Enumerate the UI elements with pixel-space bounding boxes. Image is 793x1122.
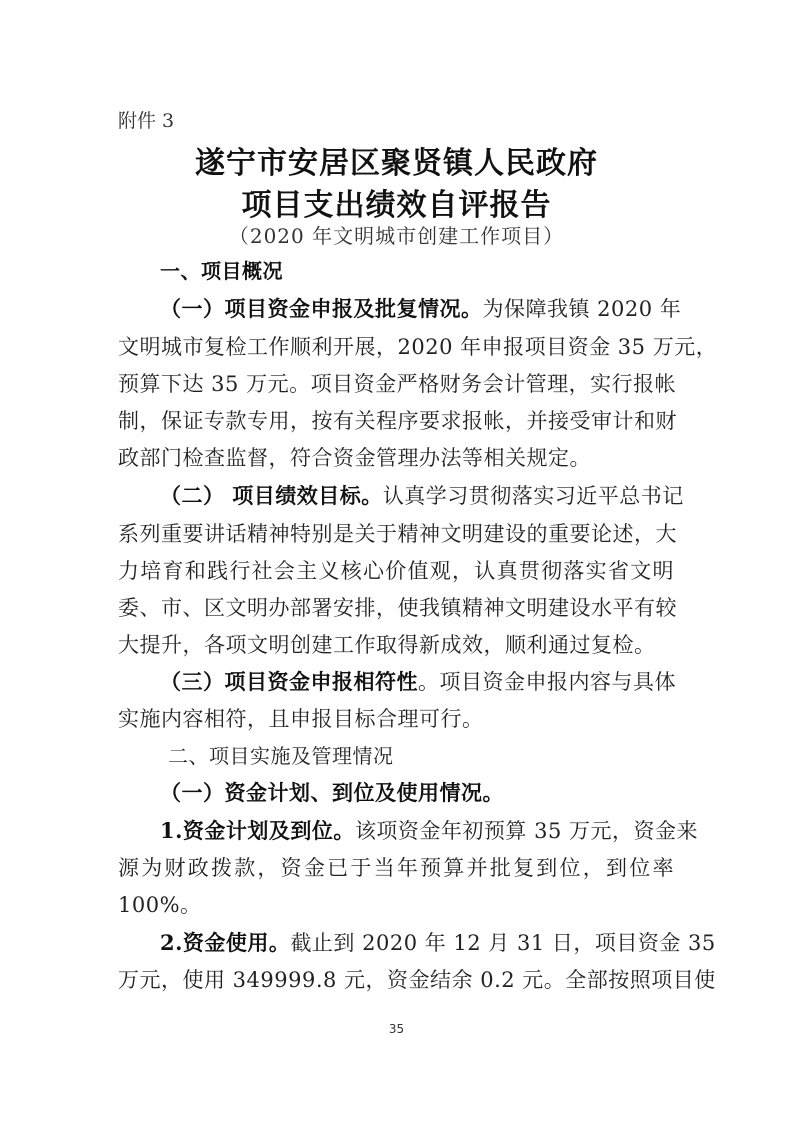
paragraph-lead: （三）项目资金申报相符性 — [160, 669, 418, 694]
paragraph-2-line-1: （二） 项目绩效目标。认真学习贯彻落实习近平总书记 — [160, 482, 674, 510]
paragraph-lead: （二） 项目绩效目标。 — [160, 483, 383, 508]
paragraph-1-line-4: 制，保证专款专用，按有关程序要求报帐，并接受审计和财 — [118, 407, 674, 435]
text: 认真学习贯彻落实习近平总书记 — [383, 484, 684, 508]
page-number: 35 — [0, 1022, 793, 1036]
heading-text: 二、项目实施及管理情况 — [168, 744, 394, 768]
paragraph-2-line-4: 委、市、区文明办部署安排，使我镇精神文明建设水平有较 — [118, 594, 674, 622]
text: 该项资金年初预算 35 万元，资金来 — [355, 819, 698, 843]
subheading-text: （一）资金计划、到位及使用情况。 — [160, 780, 504, 805]
item-1-line-2: 源为财政拨款，资金已于当年预算并批复到位，到位率 — [118, 854, 674, 882]
subtitle: （2020 年文明城市创建工作项目） — [0, 220, 793, 249]
section-1-heading: 一、项目概况 — [160, 257, 716, 285]
item-1-line-1: 1.资金计划及到位。该项资金年初预算 35 万元，资金来 — [160, 817, 674, 845]
item-lead: 1.资金计划及到位。 — [160, 818, 355, 843]
item-1-line-3: 100%。 — [118, 891, 674, 919]
paragraph-3-line-1: （三）项目资金申报相符性。项目资金申报内容与具体 — [160, 668, 674, 696]
title-line-1: 遂宁市安居区聚贤镇人民政府 — [0, 138, 793, 182]
attachment-label: 附件 3 — [118, 106, 174, 133]
text: 为保障我镇 2020 年 — [483, 297, 682, 321]
section-2-heading: 二、项目实施及管理情况 — [168, 742, 724, 770]
paragraph-lead: （一）项目资金申报及批复情况。 — [160, 296, 483, 321]
paragraph-1-line-5: 政部门检查监督，符合资金管理办法等相关规定。 — [118, 444, 674, 472]
paragraph-1-line-2: 文明城市复检工作顺利开展，2020 年申报项目资金 35 万元， — [118, 333, 674, 361]
item-2-line-2: 万元，使用 349999.8 元，资金结余 0.2 元。全部按照项目使 — [118, 966, 674, 994]
title-line-2: 项目支出绩效自评报告 — [0, 180, 793, 224]
paragraph-2-line-3: 力培育和践行社会主义核心价值观，认真贯彻落实省文明 — [118, 557, 674, 585]
item-lead: 2.资金使用。 — [160, 930, 290, 955]
paragraph-2-line-2: 系列重要讲话精神特别是关于精神文明建设的重要论述，大 — [118, 520, 674, 548]
item-2-line-1: 2.资金使用。截止到 2020 年 12 月 31 日，项目资金 35 — [160, 929, 674, 957]
paragraph-1-line-3: 预算下达 35 万元。项目资金严格财务会计管理，实行报帐 — [118, 370, 674, 398]
heading-text: 一、项目概况 — [160, 259, 283, 283]
text: 。项目资金申报内容与具体 — [418, 670, 676, 694]
subsection-1-heading: （一）资金计划、到位及使用情况。 — [160, 779, 716, 807]
text: 截止到 2020 年 12 月 31 日，项目资金 35 — [290, 931, 715, 955]
paragraph-2-line-5: 大提升，各项文明创建工作取得新成效，顺利通过复检。 — [118, 631, 674, 659]
paragraph-1-line-1: （一）项目资金申报及批复情况。为保障我镇 2020 年 — [160, 295, 674, 323]
document-page: 附件 3 遂宁市安居区聚贤镇人民政府 项目支出绩效自评报告 （2020 年文明城… — [0, 0, 793, 1122]
paragraph-3-line-2: 实施内容相符，且申报目标合理可行。 — [118, 705, 674, 733]
